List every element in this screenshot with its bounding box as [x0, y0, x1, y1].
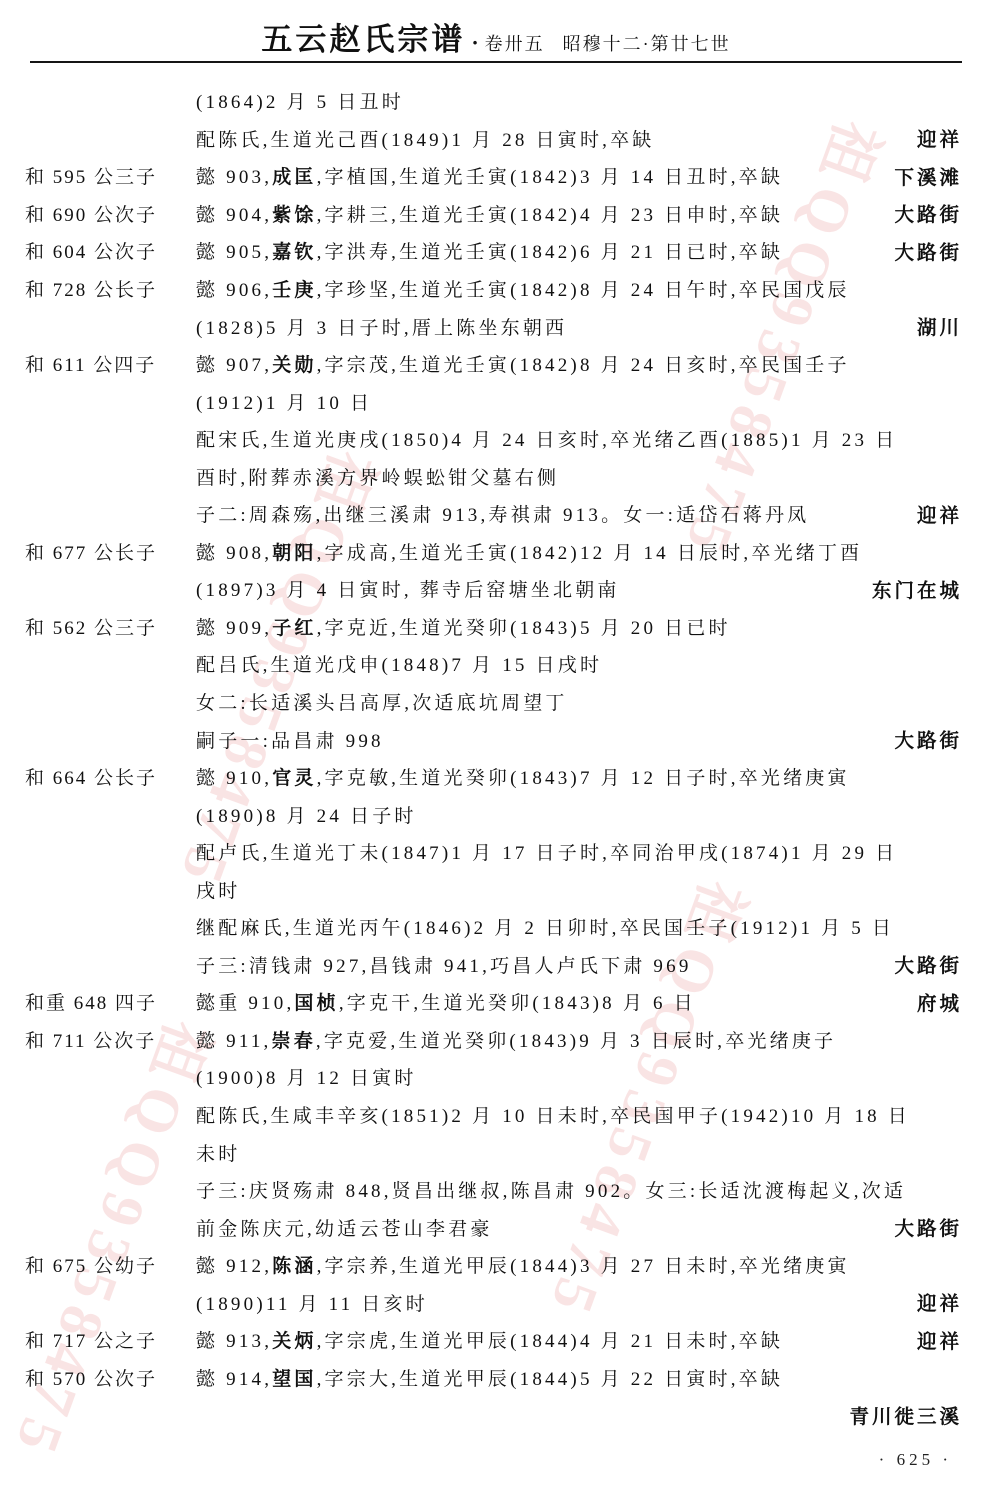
entry-place: 下溪滩: [882, 162, 962, 190]
entry-row: 配陈氏,生道光己酉(1849)1 月 28 日寅时,卒缺迎祥: [25, 120, 962, 158]
entry-text: 配宋氏,生道光庚戌(1850)4 月 24 日亥时,卒光绪乙酉(1885)1 月…: [196, 425, 897, 452]
entry-row: (1912)1 月 10 日: [25, 382, 962, 420]
entry-label: 和 728 公长子: [25, 275, 196, 302]
entry-row: (1864)2 月 5 日丑时: [25, 82, 962, 120]
genealogy-page: 祖QQ9358475祖QQ9358475祖QQ9358475祖QQ9358475…: [0, 0, 992, 1512]
entry-label: 和 717 公之子: [25, 1326, 196, 1353]
entry-text: (1897)3 月 4 日寅时, 葬寺后窑塘坐北朝南: [196, 575, 620, 602]
entry-text: 懿重 910,国桢,字克干,生道光癸卯(1843)8 月 6 日: [196, 988, 696, 1015]
entry-text: 子二:周森殇,出继三溪肃 913,寿祺肃 913。女一:适岱石蒋丹凤: [196, 500, 809, 527]
entry-text: 懿 909,子红,字克近,生道光癸卯(1843)5 月 20 日已时: [196, 613, 731, 640]
entry-row: 和 595 公三子懿 903,成匡,字植国,生道光壬寅(1842)3 月 14 …: [25, 157, 962, 195]
entry-row: 和 711 公次子懿 911,崇春,字克爱,生道光癸卯(1843)9 月 3 日…: [25, 1021, 962, 1059]
entry-text: 嗣子一:品昌肃 998: [196, 726, 384, 753]
entry-row: 子二:周森殇,出继三溪肃 913,寿祺肃 913。女一:适岱石蒋丹凤迎祥: [25, 495, 962, 533]
entry-text: 未时: [196, 1139, 240, 1166]
entry-text: 懿 905,嘉钦,字洪寿,生道光壬寅(1842)6 月 21 日已时,卒缺: [196, 237, 783, 264]
entry-row: 和 604 公次子懿 905,嘉钦,字洪寿,生道光壬寅(1842)6 月 21 …: [25, 232, 962, 270]
entry-text: 懿 914,望国,字宗大,生道光甲辰(1844)5 月 22 日寅时,卒缺: [196, 1364, 783, 1391]
entry-row: 戌时: [25, 870, 962, 908]
entry-label: 和 611 公四子: [25, 350, 196, 377]
entry-row: 酉时,附葬赤溪方界岭蜈蚣钳父墓右侧: [25, 457, 962, 495]
entry-place: 大路街: [882, 1213, 962, 1241]
entry-text: 懿 908,朝阳,字成高,生道光壬寅(1842)12 月 14 日辰时,卒光绪丁…: [196, 538, 862, 565]
entry-row: 和 664 公长子懿 910,官灵,字克敏,生道光癸卯(1843)7 月 12 …: [25, 758, 962, 796]
page-header: 五云赵氏宗谱·卷卅五昭穆十二·第廿七世: [0, 14, 992, 59]
entry-row: 和 562 公三子懿 909,子红,字克近,生道光癸卯(1843)5 月 20 …: [25, 608, 962, 646]
entry-person-name: 壬庚: [272, 280, 316, 301]
entry-text: (1890)8 月 24 日子时: [196, 801, 417, 828]
entry-place: 大路街: [882, 950, 962, 978]
entry-text: 酉时,附葬赤溪方界岭蜈蚣钳父墓右侧: [196, 463, 559, 490]
entry-place: 府城: [905, 988, 962, 1016]
entry-row: 继配麻氏,生道光丙午(1846)2 月 2 日卯时,卒民国壬子(1912)1 月…: [25, 908, 962, 946]
entry-row: 配卢氏,生道光丁未(1847)1 月 17 日子时,卒同治甲戌(1874)1 月…: [25, 833, 962, 871]
entry-person-name: 朝阳: [272, 543, 316, 564]
entry-text: 前金陈庆元,幼适云苍山李君豪: [196, 1214, 493, 1241]
entry-row: 嗣子一:品昌肃 998大路街: [25, 720, 962, 758]
entry-label: 和 604 公次子: [25, 237, 196, 264]
entry-text: 配卢氏,生道光丁未(1847)1 月 17 日子时,卒同治甲戌(1874)1 月…: [196, 838, 897, 865]
entry-row: (1897)3 月 4 日寅时, 葬寺后窑塘坐北朝南东门在城: [25, 570, 962, 608]
entry-text: 女二:长适溪头吕高厚,次适底坑周望丁: [196, 688, 568, 715]
entry-text: 懿 911,崇春,字克爱,生道光癸卯(1843)9 月 3 日辰时,卒光绪庚子: [196, 1026, 836, 1053]
entry-text: (1912)1 月 10 日: [196, 388, 372, 415]
page-number: · 625 ·: [879, 1450, 952, 1470]
entry-place: 迎祥: [905, 124, 962, 152]
entry-label: 和 675 公幼子: [25, 1251, 196, 1278]
entry-place: 东门在城: [860, 575, 962, 603]
entry-person-name: 成匡: [272, 167, 316, 188]
entry-person-name: 关勋: [272, 355, 316, 376]
entry-place: 湖川: [905, 312, 962, 340]
entry-row: 和 728 公长子懿 906,壬庚,字珍坚,生道光壬寅(1842)8 月 24 …: [25, 270, 962, 308]
entry-row: 和 675 公幼子懿 912,陈涵,字宗养,生道光甲辰(1844)3 月 27 …: [25, 1246, 962, 1284]
entry-row: 青川徙三溪: [25, 1396, 962, 1434]
entry-person-name: 官灵: [272, 768, 316, 789]
entry-row: (1828)5 月 3 日子时,厝上陈坐东朝西湖川: [25, 307, 962, 345]
entry-text: (1890)11 月 11 日亥时: [196, 1289, 428, 1316]
entry-place: 迎祥: [905, 500, 962, 528]
entry-row: 和 677 公长子懿 908,朝阳,字成高,生道光壬寅(1842)12 月 14…: [25, 533, 962, 571]
entry-label: 和 711 公次子: [25, 1026, 196, 1053]
entry-place: 大路街: [882, 199, 962, 227]
entry-person-name: 崇春: [272, 1031, 316, 1052]
entry-text: 子三:清钱肃 927,昌钱肃 941,巧昌人卢氏下肃 969: [196, 951, 692, 978]
entry-row: 前金陈庆元,幼适云苍山李君豪大路街: [25, 1208, 962, 1246]
entry-label: 和 690 公次子: [25, 200, 196, 227]
entry-person-name: 国桢: [294, 993, 338, 1014]
entry-label: 和重 648 四子: [25, 988, 196, 1015]
entry-row: (1890)11 月 11 日亥时迎祥: [25, 1284, 962, 1322]
entry-text: 懿 912,陈涵,字宗养,生道光甲辰(1844)3 月 27 日未时,卒光绪庚寅: [196, 1251, 850, 1278]
entry-text: 懿 910,官灵,字克敏,生道光癸卯(1843)7 月 12 日子时,卒光绪庚寅: [196, 763, 850, 790]
entry-text: 懿 903,成匡,字植国,生道光壬寅(1842)3 月 14 日丑时,卒缺: [196, 162, 783, 189]
entry-row: 和 690 公次子懿 904,紫馀,字耕三,生道光壬寅(1842)4 月 23 …: [25, 195, 962, 233]
entry-person-name: 子红: [272, 618, 316, 639]
entry-text: (1828)5 月 3 日子时,厝上陈坐东朝西: [196, 313, 567, 340]
entry-text: 配吕氏,生道光戊申(1848)7 月 15 日戌时: [196, 650, 602, 677]
entry-person-name: 陈涵: [272, 1256, 316, 1277]
entry-row: 子三:清钱肃 927,昌钱肃 941,巧昌人卢氏下肃 969大路街: [25, 946, 962, 984]
entry-place: 迎祥: [905, 1288, 962, 1316]
entry-person-name: 关炳: [272, 1331, 316, 1352]
entry-place: 青川徙三溪: [837, 1401, 962, 1429]
title-separator-dot: ·: [471, 30, 478, 55]
entry-text: (1900)8 月 12 日寅时: [196, 1063, 417, 1090]
volume-label: 卷卅五: [485, 34, 545, 54]
entry-place: 大路街: [882, 725, 962, 753]
entry-text: 戌时: [196, 876, 240, 903]
entry-place: 大路街: [882, 237, 962, 265]
entry-row: (1900)8 月 12 日寅时: [25, 1058, 962, 1096]
entry-label: 和 562 公三子: [25, 613, 196, 640]
entry-text: (1864)2 月 5 日丑时: [196, 87, 404, 114]
entry-person-name: 嘉钦: [272, 242, 316, 263]
entry-text: 配陈氏,生道光己酉(1849)1 月 28 日寅时,卒缺: [196, 125, 655, 152]
entry-label: 和 677 公长子: [25, 538, 196, 565]
entry-row: 和 611 公四子懿 907,关勋,字宗茂,生道光壬寅(1842)8 月 24 …: [25, 345, 962, 383]
entry-person-name: 望国: [272, 1369, 316, 1390]
entry-text: 子三:庆贤殇肃 848,贤昌出继叔,陈昌肃 902。女三:长适沈渡梅起义,次适: [196, 1176, 906, 1203]
entry-row: 未时: [25, 1133, 962, 1171]
section-label: 昭穆十二·第廿七世: [563, 34, 731, 54]
entry-row: 子三:庆贤殇肃 848,贤昌出继叔,陈昌肃 902。女三:长适沈渡梅起义,次适: [25, 1171, 962, 1209]
entry-row: 和重 648 四子懿重 910,国桢,字克干,生道光癸卯(1843)8 月 6 …: [25, 983, 962, 1021]
entry-row: 配宋氏,生道光庚戌(1850)4 月 24 日亥时,卒光绪乙酉(1885)1 月…: [25, 420, 962, 458]
entry-row: 配陈氏,生咸丰辛亥(1851)2 月 10 日未时,卒民国甲子(1942)10 …: [25, 1096, 962, 1134]
entry-text: 配陈氏,生咸丰辛亥(1851)2 月 10 日未时,卒民国甲子(1942)10 …: [196, 1101, 910, 1128]
entry-row: 配吕氏,生道光戊申(1848)7 月 15 日戌时: [25, 645, 962, 683]
entry-label: 和 595 公三子: [25, 162, 196, 189]
entry-text: 懿 913,关炳,字宗虎,生道光甲辰(1844)4 月 21 日未时,卒缺: [196, 1326, 783, 1353]
entry-row: 女二:长适溪头吕高厚,次适底坑周望丁: [25, 683, 962, 721]
entry-text: 懿 907,关勋,字宗茂,生道光壬寅(1842)8 月 24 日亥时,卒民国壬子: [196, 350, 850, 377]
entry-text: 懿 906,壬庚,字珍坚,生道光壬寅(1842)8 月 24 日午时,卒民国戊辰: [196, 275, 850, 302]
entry-place: 迎祥: [905, 1326, 962, 1354]
book-title: 五云赵氏宗谱: [261, 22, 465, 57]
header-divider: [30, 61, 962, 63]
genealogy-rows: (1864)2 月 5 日丑时配陈氏,生道光己酉(1849)1 月 28 日寅时…: [25, 82, 962, 1434]
entry-row: (1890)8 月 24 日子时: [25, 795, 962, 833]
entry-row: 和 717 公之子懿 913,关炳,字宗虎,生道光甲辰(1844)4 月 21 …: [25, 1321, 962, 1359]
entry-text: 懿 904,紫馀,字耕三,生道光壬寅(1842)4 月 23 日申时,卒缺: [196, 200, 783, 227]
entry-row: 和 570 公次子懿 914,望国,字宗大,生道光甲辰(1844)5 月 22 …: [25, 1359, 962, 1397]
entry-label: 和 570 公次子: [25, 1364, 196, 1391]
entry-person-name: 紫馀: [272, 205, 316, 226]
entry-text: 继配麻氏,生道光丙午(1846)2 月 2 日卯时,卒民国壬子(1912)1 月…: [196, 913, 894, 940]
entry-label: 和 664 公长子: [25, 763, 196, 790]
